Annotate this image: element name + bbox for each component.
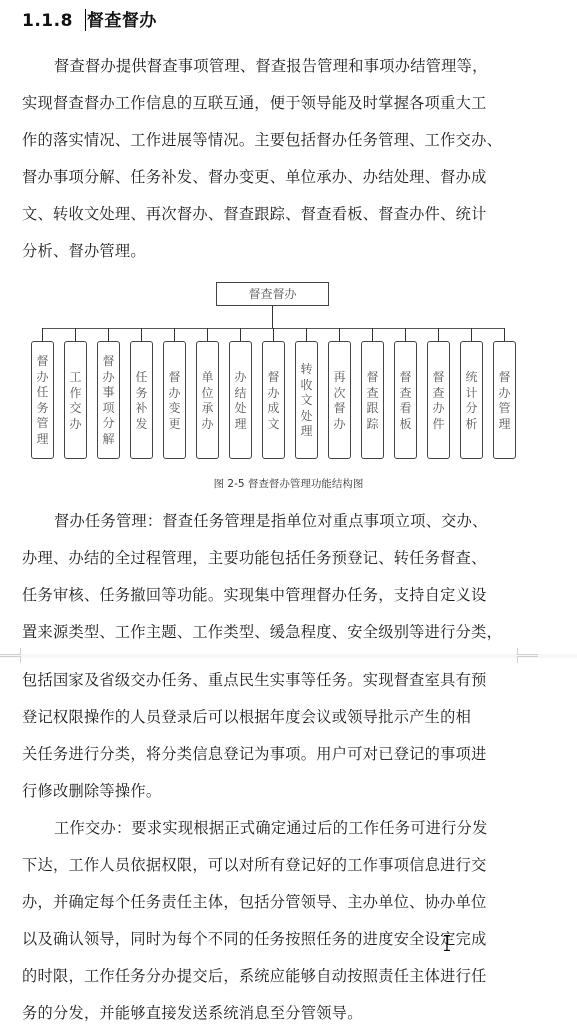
child-connector: [504, 328, 505, 341]
child-connector: [372, 328, 373, 341]
root-connector: [272, 306, 273, 328]
work-assignment-paragraph[interactable]: 工作交办：要求实现根据正式确定通过后的工作任务可进行分发 下达，工作人员依据权限…: [22, 810, 522, 1024]
child-connector: [339, 328, 340, 341]
intro-paragraph[interactable]: 督查督办提供督查事项管理、督查报告管理和事项办结管理等， 实现督查督办工作信息的…: [22, 48, 522, 270]
task-management-paragraph[interactable]: 督办任务管理：督查任务管理是指单位对重点事项立项、交办、 办理、办结的全过程管理…: [22, 503, 522, 651]
diagram-node-task-reissue: 任务补发: [130, 341, 153, 459]
ibeam-cursor-icon: [444, 935, 451, 951]
section-number: 1.1.8: [22, 11, 73, 31]
diagram-node-completion: 办结处理: [229, 341, 252, 459]
diagram-node-task-management: 督办任务管理: [31, 341, 54, 459]
page-break: [0, 654, 577, 658]
text-line: 下达，工作人员依据权限，可以对所有登记好的工作事项信息进行交: [22, 847, 522, 884]
text-line: 工作交办：要求实现根据正式确定通过后的工作任务可进行分发: [22, 810, 522, 847]
text-line: 包括国家及省级交办任务、重点民生实事等任务。实现督查室具有预: [22, 662, 522, 699]
diagram-node-supervision-mgmt: 督办管理: [493, 341, 516, 459]
text-line: 实现督查督办工作信息的互联互通，便于领导能及时掌握各项重大工: [22, 85, 522, 122]
diagram-node-document-drafting: 督办成文: [262, 341, 285, 459]
text-line: 关任务进行分类，将分类信息登记为事项。用户可对已登记的事项进: [22, 736, 522, 773]
child-connector: [42, 328, 43, 341]
child-connector: [306, 328, 307, 341]
diagram-root-node: 督查督办: [216, 282, 329, 306]
structure-diagram: 督查督办 督办任务管理 工作交办 督办事项分解 任务补发 督办变更 单位承办 办…: [0, 278, 577, 468]
text-caret: [85, 9, 86, 31]
diagram-node-re-supervise: 再次督办: [328, 341, 351, 459]
diagram-node-work-assignment: 工作交办: [64, 341, 87, 459]
child-connector: [141, 328, 142, 341]
figure-caption: 图 2-5 督查督办管理功能结构图: [0, 476, 577, 491]
child-connector: [438, 328, 439, 341]
text-line: 置来源类型、工作主题、工作类型、缓急程度、安全级别等进行分类，: [22, 614, 522, 651]
page-corner-mark: [517, 648, 538, 655]
text-line: 作的落实情况、工作进展等情况。主要包括督办任务管理、工作交办、: [22, 122, 522, 159]
text-line: 行修改删除等操作。: [22, 773, 522, 810]
child-connector: [471, 328, 472, 341]
diagram-node-item-decomposition: 督办事项分解: [97, 341, 120, 459]
section-heading[interactable]: 1.1.8督查督办: [22, 6, 157, 31]
text-line: 办理、办结的全过程管理，主要功能包括任务预登记、转任务督查、: [22, 540, 522, 577]
child-connector: [174, 328, 175, 341]
text-line: 登记权限操作的人员登录后可以根据年度会议或领导批示产生的相: [22, 699, 522, 736]
text-line: 督查督办提供督查事项管理、督查报告管理和事项办结管理等，: [22, 48, 522, 85]
page-corner-mark: [0, 648, 21, 655]
child-connector: [405, 328, 406, 341]
text-line: 的时限，工作任务分办提交后，系统应能够自动按照责任主体进行任: [22, 958, 522, 995]
diagram-node-tracking: 督查跟踪: [361, 341, 384, 459]
diagram-node-change: 督办变更: [163, 341, 186, 459]
child-connector: [75, 328, 76, 341]
document-page: 1.1.8督查督办 督查督办提供督查事项管理、督查报告管理和事项办结管理等， 实…: [0, 0, 577, 1024]
text-line: 督办任务管理：督查任务管理是指单位对重点事项立项、交办、: [22, 503, 522, 540]
diagram-node-statistics: 统计分析: [460, 341, 483, 459]
text-line: 务的分发，并能够直接发送系统消息至分管领导。: [22, 995, 522, 1024]
task-management-paragraph-continued[interactable]: 包括国家及省级交办任务、重点民生实事等任务。实现督查室具有预 登记权限操作的人员…: [22, 662, 522, 810]
diagram-node-unit-undertake: 单位承办: [196, 341, 219, 459]
section-title: 督查督办: [87, 11, 157, 31]
diagram-node-case-handling: 督查办件: [427, 341, 450, 459]
child-connector: [207, 328, 208, 341]
text-line: 办，并确定每个任务责任主体，包括分管领导、主办单位、协办单位: [22, 884, 522, 921]
text-line: 任务审核、任务撤回等功能。实现集中管理督办任务，支持自定义设: [22, 577, 522, 614]
text-line: 文、转收文处理、再次督办、督查跟踪、督查看板、督查办件、统计: [22, 196, 522, 233]
child-connector: [108, 328, 109, 341]
child-connector: [273, 328, 274, 341]
text-line: 分析、督办管理。: [22, 233, 522, 270]
child-connector: [240, 328, 241, 341]
diagram-node-dashboard: 督查看板: [394, 341, 417, 459]
page-corner-mark: [0, 656, 21, 663]
text-line: 督办事项分解、任务补发、督办变更、单位承办、办结处理、督办成: [22, 159, 522, 196]
diagram-node-incoming-doc: 转收文处理: [295, 341, 318, 459]
